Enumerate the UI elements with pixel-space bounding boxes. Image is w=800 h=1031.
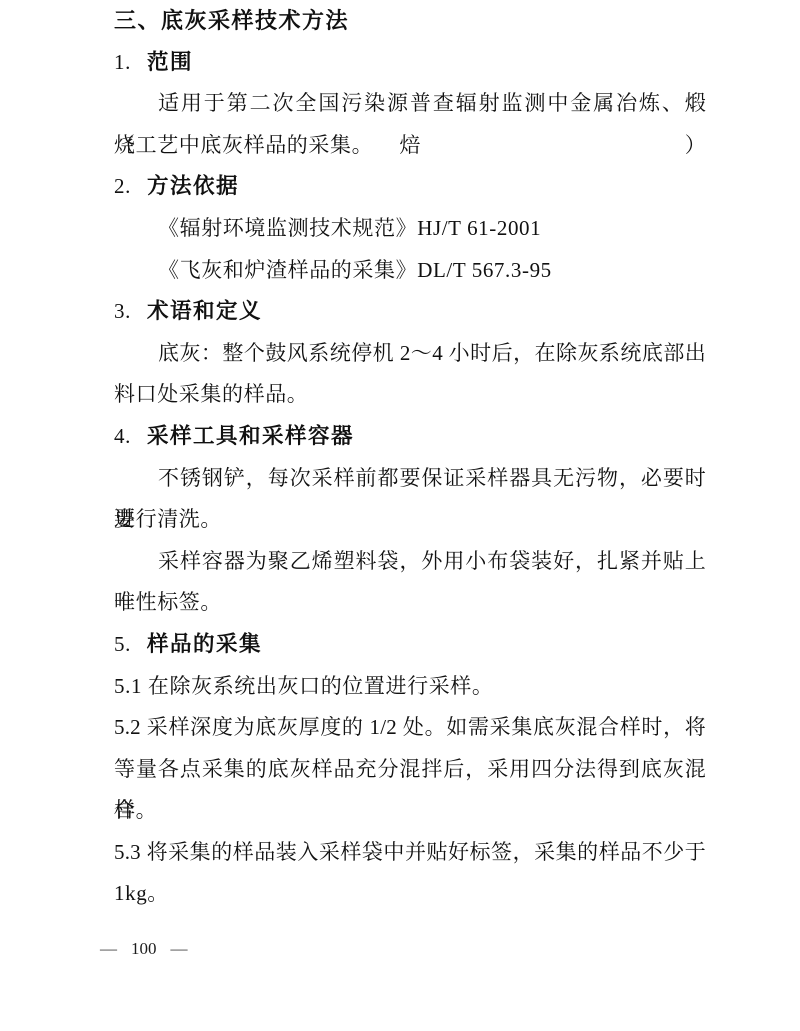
text-line: 等量各点采集的底灰样品充分混拌后，采用四分法得到底灰混合: [114, 749, 706, 791]
text-line: 5.3 将采集的样品装入采样袋中并贴好标签，采集的样品不少于: [114, 832, 706, 874]
footer-dash-left: —: [100, 939, 117, 958]
section-heading-line: 4.采样工具和采样容器: [114, 416, 706, 458]
heading-title: 采样工具和采样容器: [147, 424, 354, 448]
document-page: 三、底灰采样技术方法1.范围适用于第二次全国污染源普查辐射监测中金属冶炼、煅（焙…: [0, 0, 800, 1031]
text-line: 5.2 采样深度为底灰厚度的 1/2 处。如需采集底灰混合样时，将: [114, 707, 706, 749]
section-heading-line: 5.样品的采集: [114, 624, 706, 666]
text-line: 进行清洗。: [114, 499, 706, 541]
text-line: 底灰：整个鼓风系统停机 2～4 小时后，在除灰系统底部出: [114, 333, 706, 375]
section-heading-line: 3.术语和定义: [114, 291, 706, 333]
heading-number: 4.: [114, 424, 131, 448]
document-body: 三、底灰采样技术方法1.范围适用于第二次全国污染源普查辐射监测中金属冶炼、煅（焙…: [114, 0, 706, 915]
text-line: 5.1 在除灰系统出灰口的位置进行采样。: [114, 666, 706, 708]
heading-number: 5.: [114, 632, 131, 656]
text-line: 《辐射环境监测技术规范》HJ/T 61-2001: [114, 208, 706, 250]
text-line: 不锈钢铲，每次采样前都要保证采样器具无污物，必要时要: [114, 458, 706, 500]
heading-title: 方法依据: [147, 174, 239, 198]
page-footer: —100—: [100, 939, 188, 959]
heading-title: 样品的采集: [147, 632, 262, 656]
page-number: 100: [131, 939, 157, 958]
heading-number: 1.: [114, 50, 131, 74]
heading-number: 3.: [114, 299, 131, 323]
text-line: 样。: [114, 790, 706, 832]
section-heading-line: 1.范围: [114, 42, 706, 84]
heading-number: 2.: [114, 174, 131, 198]
text-line: 《飞灰和炉渣样品的采集》DL/T 567.3-95: [114, 250, 706, 292]
text-line: 1kg。: [114, 873, 706, 915]
footer-dash-right: —: [171, 939, 188, 958]
text-line: 一性标签。: [114, 582, 706, 624]
section-heading-line: 2.方法依据: [114, 166, 706, 208]
text-line: 采样容器为聚乙烯塑料袋，外用小布袋装好，扎紧并贴上唯: [114, 541, 706, 583]
heading-title: 术语和定义: [147, 299, 262, 323]
document-title-line: 三、底灰采样技术方法: [114, 0, 706, 42]
text-line: 适用于第二次全国污染源普查辐射监测中金属冶炼、煅（焙）: [114, 83, 706, 125]
text-line: 料口处采集的样品。: [114, 374, 706, 416]
heading-title: 范围: [147, 50, 193, 74]
